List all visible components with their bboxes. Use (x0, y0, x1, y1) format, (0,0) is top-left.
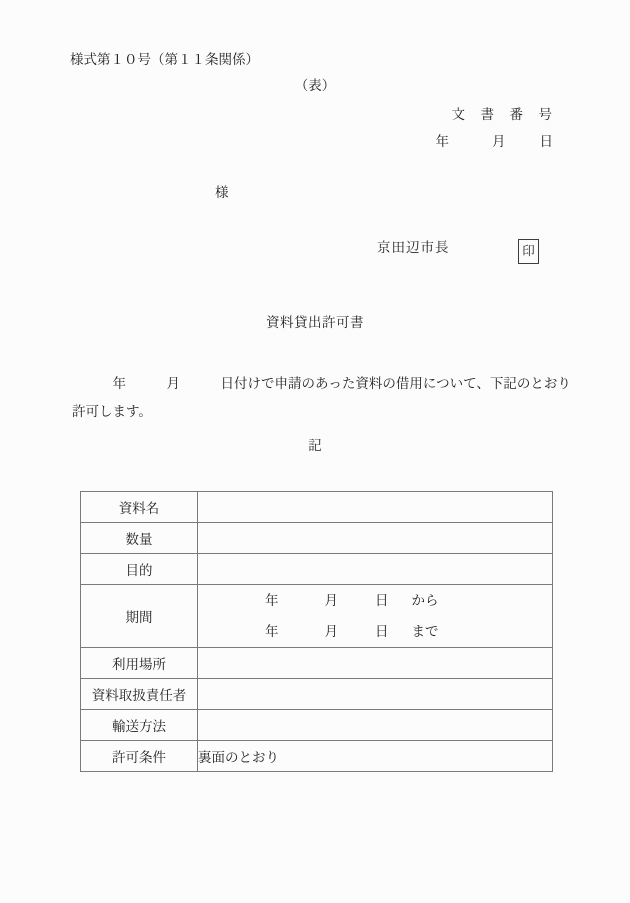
row-value (198, 679, 553, 710)
period-year-label: 年 (265, 625, 279, 639)
table-row-purpose: 目的 (81, 554, 553, 585)
period-month-label: 月 (325, 594, 339, 608)
row-label: 期間 (81, 585, 198, 648)
row-value (198, 554, 553, 585)
period-to-suffix: まで (412, 625, 439, 639)
row-value (198, 648, 553, 679)
document-date-line: 年 月 日 (436, 135, 554, 149)
page-title: 資料貸出許可書 (0, 316, 630, 330)
period-day-label: 日 (375, 625, 389, 639)
date-month-label: 月 (492, 135, 506, 149)
table-row-usage-location: 利用場所 (81, 648, 553, 679)
row-label: 利用場所 (81, 648, 198, 679)
row-label: 許可条件 (81, 741, 198, 772)
body-text-line2: 許可します。 (72, 405, 152, 419)
table-row-material-name: 資料名 (81, 492, 553, 523)
table-row-transport-method: 輸送方法 (81, 710, 553, 741)
row-label: 数量 (81, 523, 198, 554)
form-number: 様式第１０号（第１１条関係） (70, 53, 259, 67)
period-month-label: 月 (325, 625, 339, 639)
row-value (198, 523, 553, 554)
body-text-line1: 年 月 日付けで申請のあった資料の借用について、下記のとおり (72, 377, 571, 391)
period-from-line: 年 月 日 から (198, 594, 552, 608)
table-row-permit-conditions: 許可条件 裏面のとおり (81, 741, 553, 772)
table-row-period: 期間 年 月 日 から 年 月 日 まで (81, 585, 553, 648)
issuer-name: 京田辺市長 (377, 241, 450, 255)
row-label: 輸送方法 (81, 710, 198, 741)
row-value (198, 710, 553, 741)
date-year-label: 年 (436, 135, 450, 149)
row-label: 資料取扱責任者 (81, 679, 198, 710)
permit-table: 資料名 数量 目的 期間 年 月 日 (80, 491, 553, 772)
date-day-label: 日 (540, 135, 554, 149)
addressee-suffix: 様 (215, 186, 229, 200)
period-year-label: 年 (265, 594, 279, 608)
seal-box: 印 (518, 239, 539, 264)
document-page: 様式第１０号（第１１条関係） （表） 文 書 番 号 年 月 日 様 京田辺市長… (0, 0, 630, 903)
table-row-quantity: 数量 (81, 523, 553, 554)
table-row-handler: 資料取扱責任者 (81, 679, 553, 710)
side-label: （表） (0, 79, 630, 93)
period-day-label: 日 (375, 594, 389, 608)
row-value (198, 492, 553, 523)
row-value: 年 月 日 から 年 月 日 まで (198, 585, 553, 648)
period-from-suffix: から (412, 594, 439, 608)
document-number-label: 文 書 番 号 (452, 108, 554, 122)
row-label: 目的 (81, 554, 198, 585)
period-to-line: 年 月 日 まで (198, 625, 552, 639)
row-label: 資料名 (81, 492, 198, 523)
row-value: 裏面のとおり (198, 741, 553, 772)
seal-label: 印 (522, 245, 535, 258)
ki-marker: 記 (0, 439, 630, 453)
